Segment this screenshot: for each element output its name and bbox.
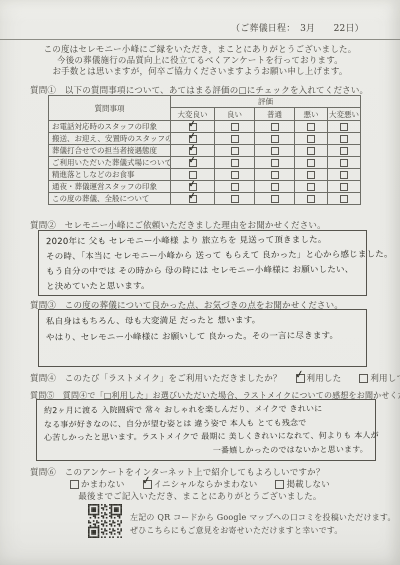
q4-line: 質問④ このたび「ラストメイク」をご利用いただきましたか？ 利用した利用していな… [30,372,400,384]
intro-line: 今後の葬儀施行の品質向上に役立てるべくアンケートを行っております。 [0,56,400,67]
empty-checkbox [271,135,279,143]
qr-caption-line: ぜひこちらにもご意見をお寄せいただけますと幸いです。 [130,524,396,537]
empty-checkbox [340,159,348,167]
empty-checkbox [271,183,279,191]
rating-cell [295,121,328,133]
q5-answer-box: 約2ヶ月に渡る 入院闘病で 常々 おしゃれを楽しんだり、メイクで きれいになる事… [36,399,376,461]
rating-cell [171,169,215,181]
table-row: お電話対応時のスタッフの印象 [49,121,361,133]
empty-checkbox [231,183,239,191]
option: 掲載しない [275,480,330,490]
rating-option-header: 良い [215,108,255,121]
empty-checkbox [231,195,239,203]
rating-cell [328,169,361,181]
rating-cell [215,145,255,157]
rating-cell [255,181,295,193]
rating-cell [328,133,361,145]
checked-checkbox [143,480,152,489]
q1-table-body: お電話対応時のスタッフの印象搬送、お迎え、安置時のスタッフの対応葬儀打合せでの担… [49,121,361,205]
rating-cell [255,145,295,157]
rating-cell [255,169,295,181]
rating-cell [255,157,295,169]
empty-checkbox [307,135,315,143]
rating-cell [215,181,255,193]
rating-cell [328,121,361,133]
rating-cell [215,169,255,181]
rating-option-header: 普通 [255,108,295,121]
checked-checkbox [189,195,197,203]
rating-cell [295,169,328,181]
empty-checkbox [340,183,348,191]
option-label: かまわない [81,480,125,490]
empty-checkbox [231,159,239,167]
rating-option-header: 大変悪い [328,108,361,121]
rating-cell [295,157,328,169]
table-row: ご利用いただいた葬儀式場について [49,157,361,169]
rating-cell [171,121,215,133]
rating-cell [255,193,295,205]
question-item-label: 搬送、お迎え、安置時のスタッフの対応 [49,133,171,145]
rating-cell [171,157,215,169]
empty-checkbox [70,480,79,489]
rating-cell [171,181,215,193]
intro-paragraph: この度はセレモニー小峰にご縁をいただき，まことにありがとうございました。 今後の… [0,45,400,78]
question-item-label: 通夜・葬儀運営スタッフの印象 [49,181,171,193]
table-row: 葬儀打合せでの担当者接遇態度 [49,145,361,157]
qr-code [88,504,122,538]
rating-cell [328,145,361,157]
funeral-date-line: （ご葬儀日程： 3月 22日） [231,21,364,34]
empty-checkbox [307,123,315,131]
rating-header: 評価 [171,96,361,108]
option-label: イニシャルならかまわない [154,480,258,490]
rating-cell [255,133,295,145]
rating-cell [328,181,361,193]
empty-checkbox [231,171,239,179]
rating-cell [215,121,255,133]
question-item-label: この度の葬儀、全般について [49,193,171,205]
header-divider [0,39,400,40]
empty-checkbox [231,135,239,143]
rating-option-header: 大変良い [171,108,215,121]
empty-checkbox [359,374,368,383]
table-row: 通夜・葬儀運営スタッフの印象 [49,181,361,193]
option-label: 掲載しない [286,480,330,490]
qr-caption-line: 左記の QR コードから Google マップへの口コミを投稿いただけます。 [130,511,396,524]
empty-checkbox [340,147,348,155]
scanned-survey-page: （ご葬儀日程： 3月 22日） この度はセレモニー小峰にご縁をいただき，まことに… [0,0,400,565]
empty-checkbox [231,123,239,131]
checked-checkbox [189,159,197,167]
q6-prompt: 質問⑥ このアンケートをインターネット上で紹介してもよろしいですか？ [30,466,325,478]
empty-checkbox [231,147,239,155]
rating-cell [171,193,215,205]
rating-cell [328,157,361,169]
empty-checkbox [340,135,348,143]
empty-checkbox [307,195,315,203]
handwritten-answer-line: やはり、セレモニー小峰様に お願いして 良かった。その一言に尽きます。 [46,328,359,346]
q4-options: 利用した利用していない。 [287,374,400,384]
rating-cell [295,193,328,205]
rating-cell [255,121,295,133]
question-item-label: 葬儀打合せでの担当者接遇態度 [49,145,171,157]
empty-checkbox [271,171,279,179]
table-row: 搬送、お迎え、安置時のスタッフの対応 [49,133,361,145]
rating-cell [295,181,328,193]
option: イニシャルならかまわない [143,480,258,490]
empty-checkbox [340,195,348,203]
empty-checkbox [271,147,279,155]
q2-answer-box: 2020年に 父も セレモニー小峰様 より 旅立ちを 見送って頂きました。その時… [38,230,367,296]
closing-thanks: 最後までご記入いただき、まことにありがとうございました。 [0,490,400,502]
rating-cell [295,145,328,157]
rating-cell [215,133,255,145]
rating-cell [215,193,255,205]
option-label: 利用していない。 [370,374,400,384]
question-item-label: 精進落としなどのお食事 [49,169,171,181]
option: 利用した [296,374,342,384]
intro-line: お手数とは思いますが，何卒ご協力くださいますようお願い申し上げます。 [0,67,400,78]
checked-checkbox [189,183,197,191]
empty-checkbox [271,123,279,131]
empty-checkbox [189,171,197,179]
empty-checkbox [307,183,315,191]
q1-rating-table: 質問事項評価大変良い良い普通悪い大変悪い お電話対応時のスタッフの印象搬送、お迎… [48,95,361,205]
checked-checkbox [189,147,197,155]
rating-cell [295,133,328,145]
q3-answer-box: 私自身はもちろん、母も大変満足 だったと 想います。やはり、セレモニー小峰様に … [38,309,367,367]
checked-checkbox [189,135,197,143]
q4-prompt: 質問④ このたび「ラストメイク」をご利用いただきましたか？ [30,374,282,384]
handwritten-answer-line: 一番嬉しかったのではないかと思います。 [44,442,368,458]
question-item-label: お電話対応時のスタッフの印象 [49,121,171,133]
q1-table-head: 質問事項評価大変良い良い普通悪い大変悪い [49,96,361,121]
item-header: 質問事項 [49,96,171,121]
empty-checkbox [307,147,315,155]
handwritten-answer-line: と決めていたと思います。 [46,278,359,295]
table-row: この度の葬儀、全般について [49,193,361,205]
empty-checkbox [307,171,315,179]
rating-cell [171,145,215,157]
rating-cell [215,157,255,169]
empty-checkbox [307,159,315,167]
empty-checkbox [340,123,348,131]
empty-checkbox [271,159,279,167]
qr-caption: 左記の QR コードから Google マップへの口コミを投稿いただけます。 ぜ… [130,511,396,537]
option: 利用していない。 [359,374,400,384]
table-row: 精進落としなどのお食事 [49,169,361,181]
empty-checkbox [275,480,284,489]
checked-checkbox [189,123,197,131]
checked-checkbox [296,374,305,383]
option: かまわない [70,480,125,490]
empty-checkbox [271,195,279,203]
empty-checkbox [340,171,348,179]
q6-options: かまわないイニシャルならかまわない掲載しない [0,478,400,490]
rating-cell [171,133,215,145]
rating-cell [328,193,361,205]
option-label: 利用した [307,374,342,384]
rating-option-header: 悪い [295,108,328,121]
question-item-label: ご利用いただいた葬儀式場について [49,157,171,169]
intro-line: この度はセレモニー小峰にご縁をいただき，まことにありがとうございました。 [0,45,400,56]
